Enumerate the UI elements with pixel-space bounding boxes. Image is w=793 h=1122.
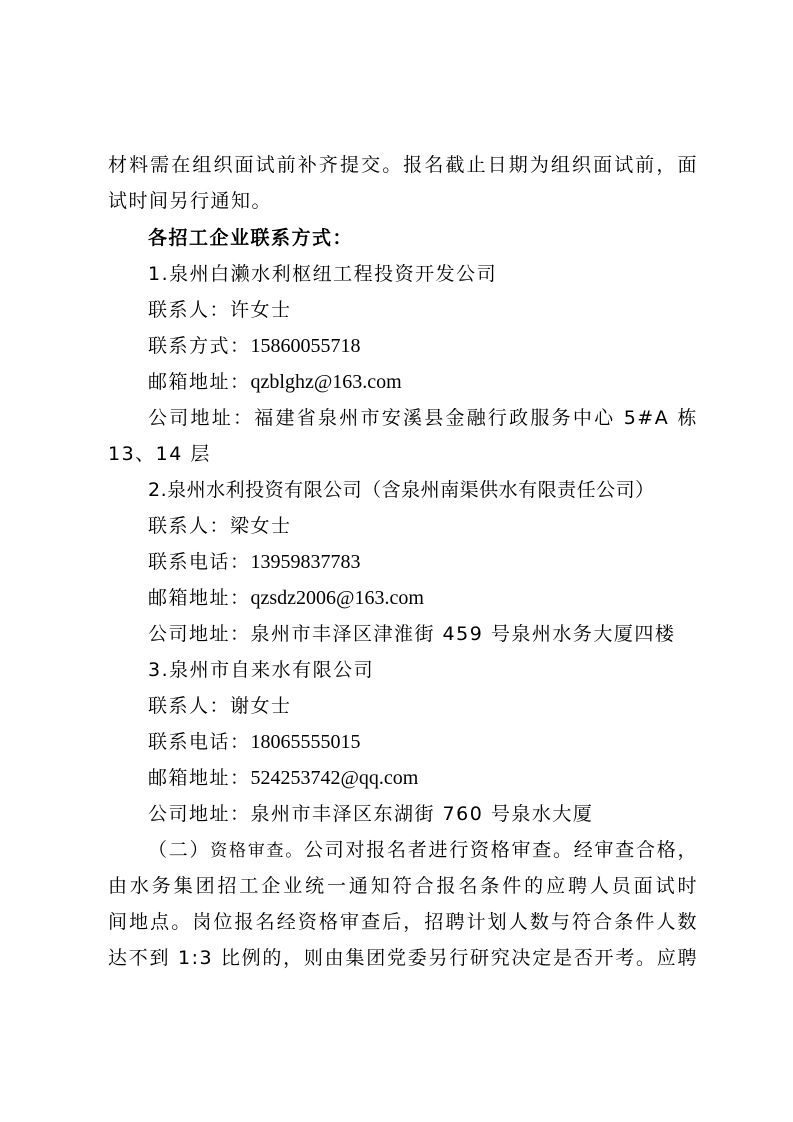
contact-name: 许女士 (230, 299, 292, 321)
company-1-address: 公司地址：福建省泉州市安溪县金融行政服务中心 5#A 栋 (148, 406, 698, 430)
section-two-line-3: 间地点。岗位报名经资格审查后，招聘计划人数与符合条件人数 (108, 910, 698, 934)
company-3-phone: 联系电话：18065555015 (148, 730, 361, 754)
intro-line-1: 材料需在组织面试前补齐提交。报名截止日期为组织面试前，面 (108, 153, 698, 177)
address-label: 公司地址： (148, 803, 251, 825)
company-2-address: 公司地址：泉州市丰泽区津淮街 459 号泉州水务大厦四楼 (148, 622, 675, 646)
company-1-email: 邮箱地址：qzblghz@163.com (148, 370, 402, 394)
company-3-title: 3.泉州市自来水有限公司 (148, 658, 374, 682)
address-label: 公司地址： (148, 623, 251, 645)
company-1-contact: 联系人：许女士 (148, 298, 292, 322)
email-label: 邮箱地址： (148, 371, 251, 393)
email-address: qzsdz2006@163.com (251, 587, 424, 609)
phone-number: 13959837783 (251, 551, 361, 573)
company-3-contact: 联系人：谢女士 (148, 694, 292, 718)
address-text: 泉州市丰泽区东湖街 760 号泉水大厦 (251, 803, 594, 825)
contact-label: 联系人： (148, 695, 230, 717)
document-page: 材料需在组织面试前补齐提交。报名截止日期为组织面试前，面 试时间另行通知。 各招… (0, 0, 793, 1122)
contact-label: 联系人： (148, 299, 230, 321)
contacts-heading: 各招工企业联系方式： (148, 226, 353, 250)
section-two-line-2: 由水务集团招工企业统一通知符合报名条件的应聘人员面试时 (108, 874, 698, 898)
company-1-phone: 联系方式：15860055718 (148, 334, 361, 358)
section-two-heading: 资格审查。 (210, 841, 304, 861)
company-1-address-cont: 13、14 层 (108, 442, 211, 466)
company-2-title: 2.泉州水利投资有限公司（含泉州南渠供水有限责任公司） (148, 478, 655, 502)
contact-name: 梁女士 (230, 515, 292, 537)
company-3-address: 公司地址：泉州市丰泽区东湖街 760 号泉水大厦 (148, 802, 593, 826)
company-2-phone: 联系电话：13959837783 (148, 550, 361, 574)
phone-label: 联系电话： (148, 731, 251, 753)
phone-number: 18065555015 (251, 731, 361, 753)
section-two-line-4: 达不到 1:3 比例的，则由集团党委另行研究决定是否开考。应聘 (108, 946, 698, 970)
address-label: 公司地址： (148, 407, 254, 429)
contact-label: 联系人： (148, 515, 230, 537)
company-2-contact: 联系人：梁女士 (148, 514, 292, 538)
company-2-email: 邮箱地址：qzsdz2006@163.com (148, 586, 424, 610)
email-address: qzblghz@163.com (251, 371, 402, 393)
email-label: 邮箱地址： (148, 587, 251, 609)
intro-line-2: 试时间另行通知。 (108, 189, 272, 213)
contact-name: 谢女士 (230, 695, 292, 717)
company-1-title: 1.泉州白濑水利枢纽工程投资开发公司 (148, 262, 497, 286)
phone-label: 联系电话： (148, 551, 251, 573)
phone-label: 联系方式： (148, 335, 251, 357)
address-text: 福建省泉州市安溪县金融行政服务中心 5#A 栋 (254, 407, 698, 429)
address-text: 泉州市丰泽区津淮街 459 号泉州水务大厦四楼 (251, 623, 676, 645)
section-two-line-1: （二）资格审查。公司对报名者进行资格审查。经审查合格， (148, 838, 698, 863)
section-two-text: 公司对报名者进行资格审查。经审查合格， (304, 839, 698, 861)
email-address: 524253742@qq.com (251, 767, 419, 789)
email-label: 邮箱地址： (148, 767, 251, 789)
phone-number: 15860055718 (251, 335, 361, 357)
section-two-number: （二） (148, 839, 210, 861)
company-3-email: 邮箱地址：524253742@qq.com (148, 766, 418, 790)
